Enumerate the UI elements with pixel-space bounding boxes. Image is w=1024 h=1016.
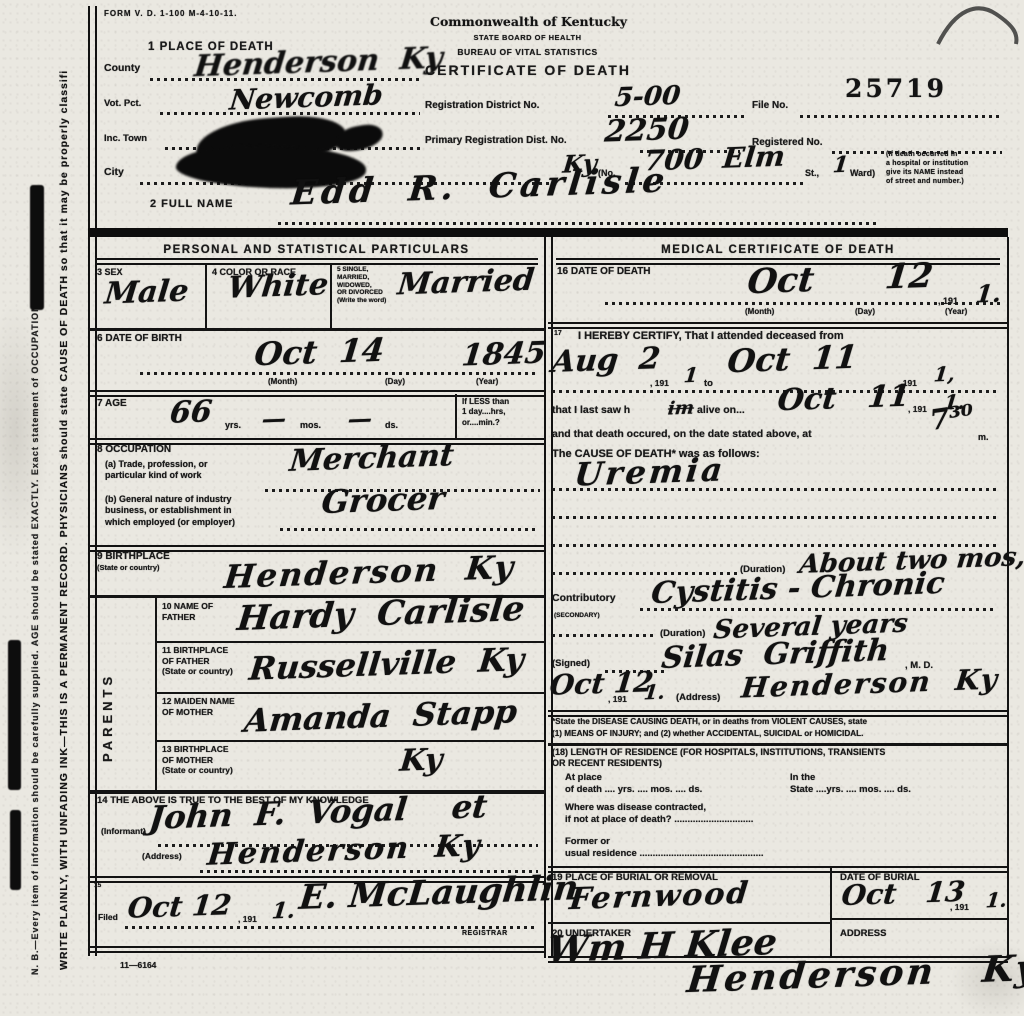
filed-year-printed: , 191: [238, 914, 257, 925]
cell-divider: [205, 264, 207, 328]
dotted-line: [280, 528, 538, 531]
precinct-label: Vot. Pct.: [104, 98, 141, 110]
secondary-label: (SECONDARY): [554, 612, 600, 620]
rule: [548, 710, 1008, 717]
precinct-value: Newcomb: [228, 81, 384, 114]
date-of-birth-label: 6 DATE OF BIRTH: [97, 333, 182, 346]
dotted-line: [552, 390, 1000, 393]
contributory-value: Cystitis - Chronic: [650, 569, 946, 609]
filed-date-value: Oct 12: [126, 891, 232, 923]
age-label: 7 AGE: [97, 398, 127, 411]
occupation-label: 8 OCCUPATION: [97, 444, 171, 457]
dotted-line: [605, 302, 1000, 305]
occupation-b-label: (b) General nature of industry business,…: [105, 494, 235, 528]
mos-label: mos.: [300, 420, 321, 431]
date-of-death-value: Oct 12: [746, 259, 935, 299]
margin-note-inner: WRITE PLAINLY, WITH UNFADING INK—THIS IS…: [58, 70, 71, 970]
signed-address-label: (Address): [676, 692, 720, 704]
signed-year-printed: , 191: [608, 694, 627, 705]
rule: [830, 918, 1008, 920]
former-residence-label: Former or usual residence ..............…: [565, 836, 764, 860]
him-strike-value: im: [667, 400, 695, 419]
medical-section-title: MEDICAL CERTIFICATE OF DEATH: [548, 243, 1008, 257]
certificate-title: CERTIFICATE OF DEATH: [423, 62, 633, 80]
father-birthplace-label: 11 BIRTHPLACE OF FATHER (State or countr…: [162, 645, 233, 677]
scan-smudge-bar: [8, 640, 21, 790]
day-label: (Day): [855, 307, 875, 317]
commonwealth-title: Commonwealth of Kentucky: [430, 14, 625, 29]
sex-value: Male: [103, 277, 190, 310]
yrs-label: yrs.: [225, 420, 241, 431]
to-label: to: [704, 378, 713, 390]
age-years-value: 66: [168, 397, 213, 428]
alive-on-text: alive on...: [697, 404, 745, 417]
filed-field-number: 15: [94, 882, 101, 890]
father-name-label: 10 NAME OF FATHER: [162, 601, 213, 622]
month-label: (Month): [268, 377, 297, 387]
form-right-border: [1007, 237, 1009, 958]
mother-name-value: Amanda Stapp: [243, 695, 519, 736]
birthplace-value: Henderson Ky: [223, 551, 517, 593]
dotted-line: [552, 634, 657, 637]
plate-number: 11—6164: [120, 960, 156, 971]
to-year-digit: 1,: [933, 364, 956, 385]
scan-smudge-bar: [10, 810, 21, 890]
contributory-duration-label: (Duration): [660, 628, 705, 640]
cause-of-death-value: Uremia: [573, 453, 727, 490]
file-no-label: File No.: [752, 100, 788, 113]
state-board-line: STATE BOARD OF HEALTH: [455, 33, 600, 42]
rule: [88, 390, 545, 397]
occupation-a-value: Merchant: [288, 441, 455, 477]
parents-label: PARENTS: [100, 632, 116, 762]
age-days-value: —: [347, 407, 374, 432]
certify-field-number: 17: [554, 330, 562, 339]
at-place-of-death-label: At place of death .... yrs. .... mos. ..…: [565, 772, 702, 796]
date-of-death-label: 16 DATE OF DEATH: [557, 266, 651, 279]
last-saw-text: that I last saw h: [552, 404, 630, 417]
ward-value: 1: [832, 154, 850, 177]
informant-address-value: Henderson Ky: [206, 831, 483, 871]
stamp-mark: [930, 0, 1022, 52]
violent-causes-footnote-2: (1) MEANS OF INJURY; and (2) whether ACC…: [552, 729, 863, 739]
rule: [548, 743, 1008, 746]
bureau-line: BUREAU OF VITAL STATISTICS: [440, 47, 615, 58]
birthplace-label: 9 BIRTHPLACE: [97, 551, 170, 564]
registration-district-value: 5-00: [613, 83, 681, 111]
rule: [548, 322, 1008, 329]
dotted-line: [140, 372, 535, 375]
attended-to-value: Oct 11: [726, 341, 859, 377]
contributory-label: Contributory: [552, 592, 616, 605]
signed-address-value: Henderson Ky: [740, 666, 1000, 703]
place-of-burial-value: Fernwood: [568, 879, 751, 915]
undertaker-address-label: ADDRESS: [840, 928, 886, 940]
year-label: (Year): [945, 307, 967, 317]
attended-from-value: Aug 2: [550, 344, 661, 378]
mother-birthplace-label: 13 BIRTHPLACE OF MOTHER (State or countr…: [162, 744, 233, 776]
hospital-note: (If death occurred in a hospital or inst…: [886, 150, 1021, 186]
inc-town-label: Inc. Town: [104, 133, 147, 145]
race-value: White: [226, 270, 329, 303]
signed-year-digit: 1.: [643, 682, 666, 703]
occupation-b-value: Grocer: [320, 482, 446, 518]
ward-label: Ward): [850, 168, 875, 179]
death-occurred-text: and that death occured, on the date stat…: [552, 428, 812, 441]
mother-name-label: 12 MAIDEN NAME OF MOTHER: [162, 696, 235, 717]
in-the-state-label: In the State ....yrs. .... mos. .... ds.: [790, 772, 911, 796]
dotted-line: [125, 926, 538, 929]
birth-year-value: 1845: [460, 339, 547, 372]
year-label: (Year): [476, 377, 498, 387]
scan-smudge: [0, 300, 50, 560]
ds-label: ds.: [385, 420, 398, 431]
day-label: (Day): [385, 377, 405, 387]
personal-section-title: PERSONAL AND STATISTICAL PARTICULARS: [88, 243, 545, 257]
rule: [88, 328, 545, 331]
form-number: FORM V. D. 1-100 M-4-10-11.: [104, 9, 237, 19]
informant-signature: John F. Vogal et: [148, 790, 489, 834]
file-no-value: 25719: [845, 74, 947, 103]
street-suffix-label: St.,: [805, 168, 819, 179]
date-of-birth-value: Oct 14: [253, 334, 386, 370]
age-less-than-label: If LESS than 1 day....hrs, or....min.?: [462, 397, 509, 428]
section-divider-bar: [88, 228, 1008, 237]
filed-label: Filed: [98, 912, 118, 923]
rule: [155, 740, 545, 742]
cell-divider: [830, 868, 832, 956]
county-value: Henderson Ky: [193, 44, 444, 83]
cell-divider: [455, 394, 457, 438]
dotted-line: [800, 115, 1000, 118]
informant-label: (Informant): [101, 826, 146, 837]
primary-registration-label: Primary Registration Dist. No.: [425, 135, 567, 148]
signed-date-value: Oct 12: [548, 668, 654, 700]
disease-contracted-label: Where was disease contracted, if not at …: [565, 802, 753, 826]
father-birthplace-value: Russellville Ky: [248, 643, 526, 685]
county-label: County: [104, 62, 140, 75]
death-certificate-scan: N. B.—Every item of information should b…: [0, 0, 1024, 1016]
month-label: (Month): [745, 307, 774, 317]
lastsaw-year-printed: , 191: [908, 404, 927, 415]
marital-value: Married: [396, 266, 535, 301]
occupation-a-label: (a) Trade, profession, or particular kin…: [105, 459, 208, 482]
date-of-burial-value: Oct 13: [840, 878, 966, 910]
filed-year-digit: 1.: [271, 900, 296, 923]
burial-year-printed: , 191: [950, 902, 969, 913]
time-meridiem-label: m.: [978, 432, 989, 443]
death-time-value: 7³⁰: [928, 401, 975, 435]
age-months-value: —: [261, 407, 288, 432]
registrar-label: REGISTRAR: [462, 930, 508, 939]
dotted-line: [278, 222, 878, 225]
length-of-residence-label: (18) LENGTH OF RESIDENCE (FOR HOSPITALS,…: [552, 747, 885, 770]
cell-divider: [330, 264, 332, 328]
informant-address-label: (Address): [142, 851, 182, 862]
dotted-line: [552, 488, 1000, 491]
last-saw-date-value: Oct 11: [776, 382, 911, 417]
father-name-value: Hardy Carlisle: [236, 592, 527, 636]
from-year-digit: 1: [683, 365, 699, 385]
form-left-border: [88, 6, 97, 956]
rule: [88, 946, 545, 953]
violent-causes-footnote-1: *State the DISEASE CAUSING DEATH, or in …: [552, 717, 867, 727]
registration-district-label: Registration District No.: [425, 100, 539, 113]
dotted-line: [552, 516, 1000, 519]
mother-birthplace-value: Ky: [398, 745, 444, 776]
registrar-signature: E. McLaughlin: [298, 871, 580, 915]
scan-smudge-bar: [30, 185, 44, 310]
burial-year-digit: 1.: [985, 890, 1008, 911]
from-year-printed: , 191: [650, 378, 669, 389]
city-label: City: [104, 166, 124, 179]
marital-label: 5 SINGLE, MARRIED, WIDOWED, OR DIVORCED …: [337, 266, 386, 305]
undertaker-city-value: Henderson Ky: [685, 950, 1024, 998]
dotted-line: [640, 608, 995, 611]
full-name-label: 2 FULL NAME: [150, 198, 234, 212]
birthplace-sub-label: (State or country): [97, 563, 160, 572]
